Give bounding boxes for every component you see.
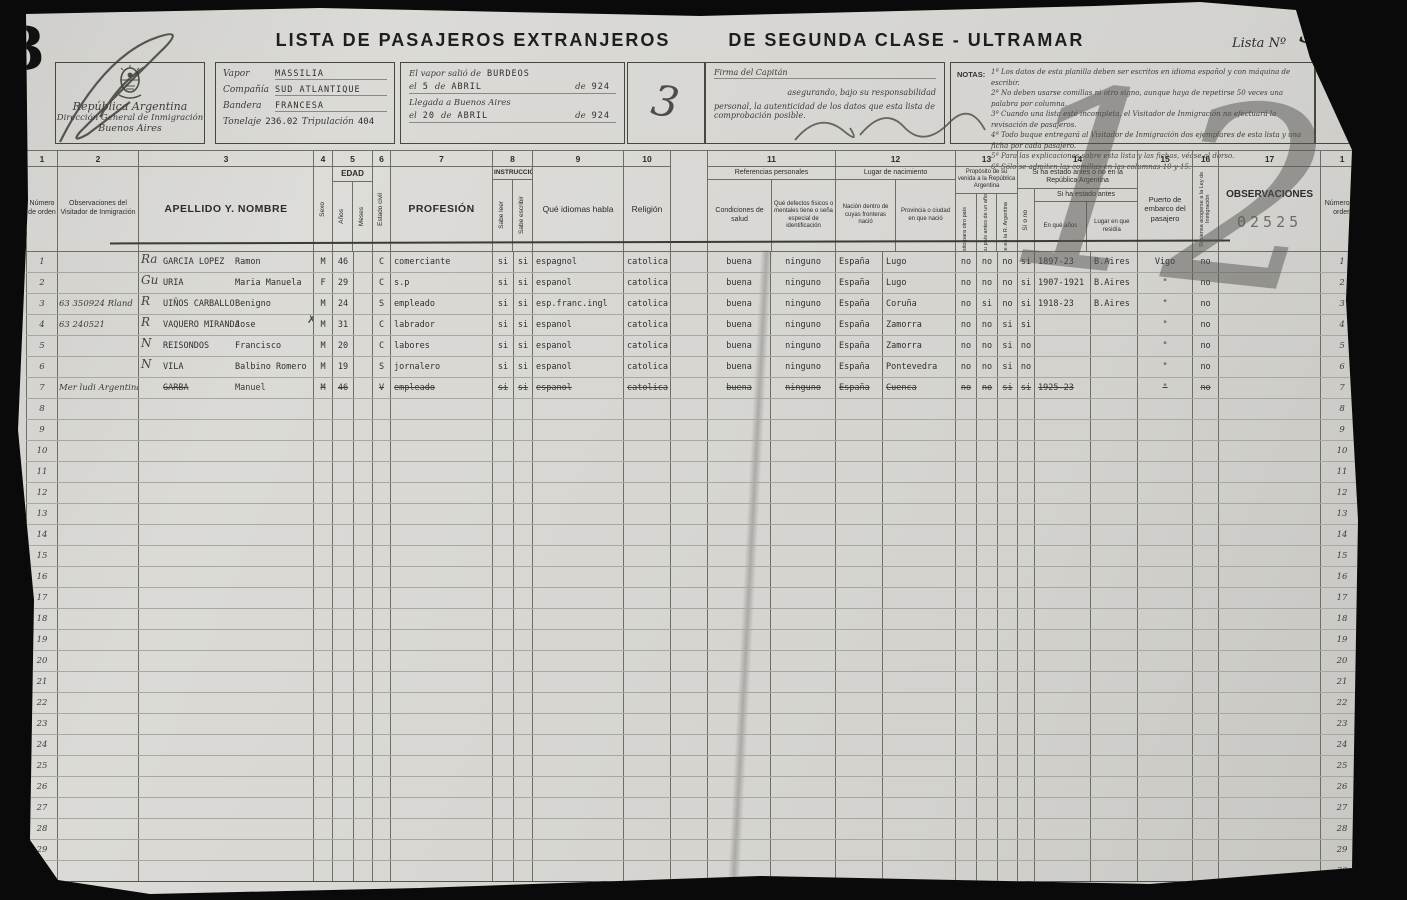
cell-years: 29 — [333, 273, 354, 294]
cell-years: 19 — [333, 357, 354, 378]
cell-years — [333, 672, 354, 693]
table-row: 2323 — [27, 714, 1364, 735]
cell-rel — [624, 693, 671, 714]
cell-c: si — [998, 357, 1018, 378]
cell-a: no — [956, 294, 977, 315]
cell-sex — [314, 756, 333, 777]
colnum-2: 2 — [58, 151, 139, 167]
cell-b: no — [977, 252, 998, 273]
cell-read — [493, 399, 514, 420]
cell-yn — [1018, 735, 1035, 756]
cell-c — [998, 525, 1018, 546]
cell-health — [708, 504, 771, 525]
cell-a — [956, 693, 977, 714]
cell-prof: empleado — [391, 294, 493, 315]
cell-months — [354, 567, 373, 588]
cell-obs17 — [1219, 840, 1321, 861]
cell-sex — [314, 693, 333, 714]
cell-health — [708, 735, 771, 756]
cell-months — [354, 630, 373, 651]
cell-yn — [1018, 504, 1035, 525]
cell-prov — [883, 441, 956, 462]
header-anos: Años — [339, 209, 346, 224]
cell-lang — [533, 861, 624, 882]
cell-num: 14 — [27, 525, 58, 546]
cell-gap — [671, 651, 708, 672]
cell-iy — [1035, 546, 1091, 567]
cell-c — [998, 483, 1018, 504]
captain-line1: asegurando, bajo su responsabilidad — [714, 88, 936, 97]
cell-sex: M — [314, 378, 333, 399]
cell-num: 8 — [27, 399, 58, 420]
cell-name — [139, 483, 314, 504]
cell-port — [1138, 483, 1193, 504]
cell-prof — [391, 462, 493, 483]
cell-port — [1138, 609, 1193, 630]
cell-read: si — [493, 273, 514, 294]
cell-sex — [314, 462, 333, 483]
cell-health — [708, 441, 771, 462]
cell-lang — [533, 672, 624, 693]
table-row: 7Mer ludi ArgentinaGARBAManuelM46Vemplea… — [27, 378, 1364, 399]
cell-name — [139, 651, 314, 672]
cell-c — [998, 630, 1018, 651]
departure-month: ABRIL — [451, 82, 482, 92]
cell-nation: España — [836, 252, 883, 273]
cell-name — [139, 546, 314, 567]
cell-years — [333, 399, 354, 420]
cell-write — [514, 672, 533, 693]
cell-a — [956, 525, 977, 546]
cell-port — [1138, 777, 1193, 798]
cell-write — [514, 714, 533, 735]
colnum-4: 4 — [314, 151, 333, 167]
cell-nation — [836, 546, 883, 567]
cell-write: si — [514, 336, 533, 357]
surname: GARBA — [163, 383, 189, 393]
cell-port — [1138, 525, 1193, 546]
cell-years — [333, 777, 354, 798]
cell-iy — [1035, 462, 1091, 483]
cell-b — [977, 693, 998, 714]
cell-obs — [58, 840, 139, 861]
cell-years — [333, 441, 354, 462]
arrival-month: ABRIL — [457, 111, 488, 121]
departure-day: 5 — [423, 82, 429, 92]
cell-read — [493, 588, 514, 609]
cell-lang — [533, 420, 624, 441]
captain-label: Firma del Capitán — [714, 68, 936, 79]
cell-prov — [883, 399, 956, 420]
cell-port — [1138, 861, 1193, 882]
cell-c16 — [1193, 777, 1219, 798]
cell-read — [493, 441, 514, 462]
cell-name: GuURIAMaria Manuela — [139, 273, 314, 294]
cell-read — [493, 651, 514, 672]
cell-months — [354, 441, 373, 462]
cell-num: 27 — [27, 798, 58, 819]
cell-c16: no — [1193, 378, 1219, 399]
cell-c16 — [1193, 525, 1219, 546]
cell-civil — [373, 693, 391, 714]
cell-years — [333, 567, 354, 588]
cell-sex — [314, 567, 333, 588]
cell-write — [514, 693, 533, 714]
cell-gap — [671, 294, 708, 315]
el-label2: el — [409, 111, 417, 121]
table-row: 2121 — [27, 672, 1364, 693]
cell-pl — [1091, 399, 1138, 420]
cell-health: buena — [708, 294, 771, 315]
cell-b — [977, 420, 998, 441]
cell-port — [1138, 714, 1193, 735]
cell-defects: ninguno — [771, 336, 836, 357]
header-edad: EDAD — [333, 167, 372, 182]
cell-prov — [883, 714, 956, 735]
cell-gap — [671, 777, 708, 798]
cell-prof — [391, 777, 493, 798]
cell-num2: 1 — [1321, 252, 1364, 273]
cell-obs — [58, 546, 139, 567]
cell-months — [354, 294, 373, 315]
cell-months — [354, 483, 373, 504]
cell-civil — [373, 777, 391, 798]
cell-rel — [624, 462, 671, 483]
cell-num: 26 — [27, 777, 58, 798]
cell-write: si — [514, 294, 533, 315]
cell-num2: 10 — [1321, 441, 1364, 462]
cell-pl — [1091, 714, 1138, 735]
cell-iy — [1035, 525, 1091, 546]
cell-port — [1138, 399, 1193, 420]
cell-civil — [373, 672, 391, 693]
cell-iy — [1035, 756, 1091, 777]
cell-prof — [391, 798, 493, 819]
table-row: 2020 — [27, 651, 1364, 672]
given-name: Manuel — [235, 383, 266, 393]
cell-yn: si — [1018, 378, 1035, 399]
cell-num: 18 — [27, 609, 58, 630]
cell-port — [1138, 420, 1193, 441]
cell-num2: 29 — [1321, 840, 1364, 861]
cell-name — [139, 672, 314, 693]
cell-nation — [836, 399, 883, 420]
cell-years: 20 — [333, 336, 354, 357]
cell-gap — [671, 399, 708, 420]
cell-health — [708, 840, 771, 861]
cell-c — [998, 693, 1018, 714]
table-row: 1616 — [27, 567, 1364, 588]
cell-b — [977, 399, 998, 420]
cell-civil — [373, 567, 391, 588]
cell-rel — [624, 861, 671, 882]
cell-a — [956, 651, 977, 672]
cell-a — [956, 735, 977, 756]
cell-defects — [771, 672, 836, 693]
cell-lang — [533, 693, 624, 714]
cell-a: no — [956, 378, 977, 399]
colnum-6: 6 — [373, 151, 391, 167]
cell-gap — [671, 735, 708, 756]
cell-c16 — [1193, 693, 1219, 714]
cell-nation: España — [836, 357, 883, 378]
cell-obs — [58, 504, 139, 525]
header-defectos: Qué defectos físicos o mentales tiene o … — [772, 199, 835, 233]
cell-pl — [1091, 525, 1138, 546]
cell-lang: espanol — [533, 336, 624, 357]
cell-nation — [836, 777, 883, 798]
cell-defects — [771, 714, 836, 735]
cell-months — [354, 756, 373, 777]
cell-obs17 — [1219, 504, 1321, 525]
handwritten-count: 3 — [648, 75, 683, 128]
table-row: 2424 — [27, 735, 1364, 756]
cell-civil — [373, 441, 391, 462]
cell-obs17 — [1219, 630, 1321, 651]
cell-health — [708, 567, 771, 588]
cell-obs — [58, 420, 139, 441]
page-title: LISTA DE PASAJEROS EXTRANJEROS DE SEGUND… — [300, 30, 1060, 51]
cell-sex: M — [314, 357, 333, 378]
departure-label: El vapor salió de — [409, 69, 481, 79]
cell-c — [998, 504, 1018, 525]
cell-port — [1138, 735, 1193, 756]
cell-yn — [1018, 672, 1035, 693]
cell-years — [333, 840, 354, 861]
cell-nation — [836, 609, 883, 630]
cell-lang — [533, 735, 624, 756]
cell-prof — [391, 399, 493, 420]
handwritten-prefix: R — [141, 294, 150, 308]
scanned-passenger-list-sheet: 3 LISTA DE PASAJEROS EXTRANJEROS DE SEGU… — [0, 0, 1407, 900]
cell-pl — [1091, 420, 1138, 441]
cell-defects: ninguno — [771, 252, 836, 273]
cell-num: 16 — [27, 567, 58, 588]
cell-yn — [1018, 756, 1035, 777]
cell-lang — [533, 798, 624, 819]
cell-b — [977, 609, 998, 630]
cell-prof — [391, 504, 493, 525]
cell-num: 10 — [27, 441, 58, 462]
cell-prov — [883, 819, 956, 840]
cell-write — [514, 420, 533, 441]
cell-port — [1138, 672, 1193, 693]
cell-months — [354, 378, 373, 399]
cell-iy — [1035, 504, 1091, 525]
cell-c — [998, 672, 1018, 693]
cell-port — [1138, 546, 1193, 567]
table-row: 2626 — [27, 777, 1364, 798]
cell-lang — [533, 714, 624, 735]
cell-months — [354, 693, 373, 714]
cell-rel — [624, 399, 671, 420]
cell-defects — [771, 735, 836, 756]
cell-iy — [1035, 798, 1091, 819]
voyage-dates-box: El vapor salió deBURDEOS el5deABRILde924… — [400, 62, 625, 144]
cell-pl — [1091, 588, 1138, 609]
cell-write — [514, 588, 533, 609]
cell-yn — [1018, 819, 1035, 840]
table-row: 2929 — [27, 840, 1364, 861]
cell-num2: 16 — [1321, 567, 1364, 588]
cell-health — [708, 546, 771, 567]
cell-gap — [671, 546, 708, 567]
cell-name — [139, 798, 314, 819]
cell-defects — [771, 462, 836, 483]
header-observaciones-visitador: Observaciones del Visitador de Inmigraci… — [58, 167, 138, 251]
table-row: 1010 — [27, 441, 1364, 462]
cell-nation — [836, 840, 883, 861]
cell-num2: 20 — [1321, 651, 1364, 672]
cell-obs — [58, 630, 139, 651]
cell-obs17 — [1219, 462, 1321, 483]
cell-num: 15 — [27, 546, 58, 567]
cell-sex: M — [314, 336, 333, 357]
cell-pl — [1091, 819, 1138, 840]
cell-iy — [1035, 483, 1091, 504]
cell-years: 46 — [333, 378, 354, 399]
cell-obs — [58, 777, 139, 798]
cell-sex — [314, 441, 333, 462]
cell-years — [333, 651, 354, 672]
cell-months — [354, 777, 373, 798]
cell-c — [998, 756, 1018, 777]
cell-read — [493, 840, 514, 861]
cell-gap — [671, 441, 708, 462]
cell-read: si — [493, 315, 514, 336]
cell-iy — [1035, 672, 1091, 693]
cell-num2: 9 — [1321, 420, 1364, 441]
cell-b: no — [977, 336, 998, 357]
cell-b: si — [977, 294, 998, 315]
cell-obs — [58, 357, 139, 378]
cell-prov — [883, 504, 956, 525]
cell-a — [956, 777, 977, 798]
cell-port — [1138, 504, 1193, 525]
surname: UIÑOS CARBALLO — [163, 299, 235, 309]
cell-lang: espanol — [533, 357, 624, 378]
cell-name — [139, 714, 314, 735]
cell-name — [139, 588, 314, 609]
header-sabe-escribir: Sabe escribir — [519, 196, 526, 234]
cell-port — [1138, 651, 1193, 672]
cell-years — [333, 525, 354, 546]
cell-c — [998, 861, 1018, 882]
cell-obs17 — [1219, 861, 1321, 882]
cell-years: 31 — [333, 315, 354, 336]
cell-defects — [771, 546, 836, 567]
arrival-day: 20 — [423, 111, 435, 121]
arrival-year: 924 — [592, 111, 610, 121]
cell-b — [977, 798, 998, 819]
cell-months — [354, 546, 373, 567]
header-referencias: Referencias personales — [708, 167, 835, 180]
cell-rel — [624, 441, 671, 462]
cell-health: buena — [708, 378, 771, 399]
cell-health — [708, 525, 771, 546]
header-lugar-nacimiento: Lugar de nacimiento — [836, 167, 955, 180]
cell-prof — [391, 483, 493, 504]
cell-c — [998, 840, 1018, 861]
cell-gap — [671, 588, 708, 609]
cell-c16 — [1193, 483, 1219, 504]
cell-health — [708, 819, 771, 840]
cell-health — [708, 693, 771, 714]
cell-name — [139, 693, 314, 714]
cell-name — [139, 441, 314, 462]
cell-pl — [1091, 378, 1138, 399]
cell-years — [333, 756, 354, 777]
cell-port: " — [1138, 357, 1193, 378]
cell-prof — [391, 672, 493, 693]
header-nacion: Nación dentro de cuyas fronteras nació — [836, 202, 895, 229]
cell-name: RUIÑOS CARBALLOBenigno — [139, 294, 314, 315]
cell-prof — [391, 630, 493, 651]
cell-months — [354, 462, 373, 483]
cell-lang — [533, 399, 624, 420]
cell-obs — [58, 252, 139, 273]
cell-gap — [671, 840, 708, 861]
cell-iy — [1035, 819, 1091, 840]
cell-obs — [58, 525, 139, 546]
cell-read — [493, 525, 514, 546]
cell-defects — [771, 420, 836, 441]
cell-read — [493, 462, 514, 483]
header-religion: Religión — [624, 167, 670, 251]
cell-obs — [58, 735, 139, 756]
cell-years — [333, 630, 354, 651]
cell-num: 19 — [27, 630, 58, 651]
cell-health — [708, 861, 771, 882]
cell-prof — [391, 525, 493, 546]
cell-iy — [1035, 651, 1091, 672]
cell-iy — [1035, 861, 1091, 882]
cell-b — [977, 735, 998, 756]
cell-health: buena — [708, 273, 771, 294]
cell-lang — [533, 525, 624, 546]
cell-num: 11 — [27, 462, 58, 483]
cell-num: 28 — [27, 819, 58, 840]
cell-rel — [624, 525, 671, 546]
cell-name — [139, 504, 314, 525]
cell-prof — [391, 567, 493, 588]
cell-defects — [771, 441, 836, 462]
cell-write — [514, 756, 533, 777]
cell-read — [493, 777, 514, 798]
cell-lang — [533, 651, 624, 672]
surname: REISONDOS — [163, 341, 209, 351]
cell-civil: S — [373, 357, 391, 378]
captain-signature-rubric — [790, 100, 990, 150]
cell-iy — [1035, 777, 1091, 798]
cell-health — [708, 672, 771, 693]
cell-health — [708, 756, 771, 777]
cell-obs17 — [1219, 420, 1321, 441]
cell-read — [493, 672, 514, 693]
cell-civil: S — [373, 294, 391, 315]
cell-defects — [771, 525, 836, 546]
cell-b — [977, 525, 998, 546]
cell-years — [333, 861, 354, 882]
cell-yn — [1018, 714, 1035, 735]
cell-read: si — [493, 294, 514, 315]
surname: GARCIA LOPEZ — [163, 257, 224, 267]
cell-yn — [1018, 546, 1035, 567]
table-row: 2727 — [27, 798, 1364, 819]
cell-iy — [1035, 714, 1091, 735]
cell-read — [493, 567, 514, 588]
cell-name — [139, 840, 314, 861]
